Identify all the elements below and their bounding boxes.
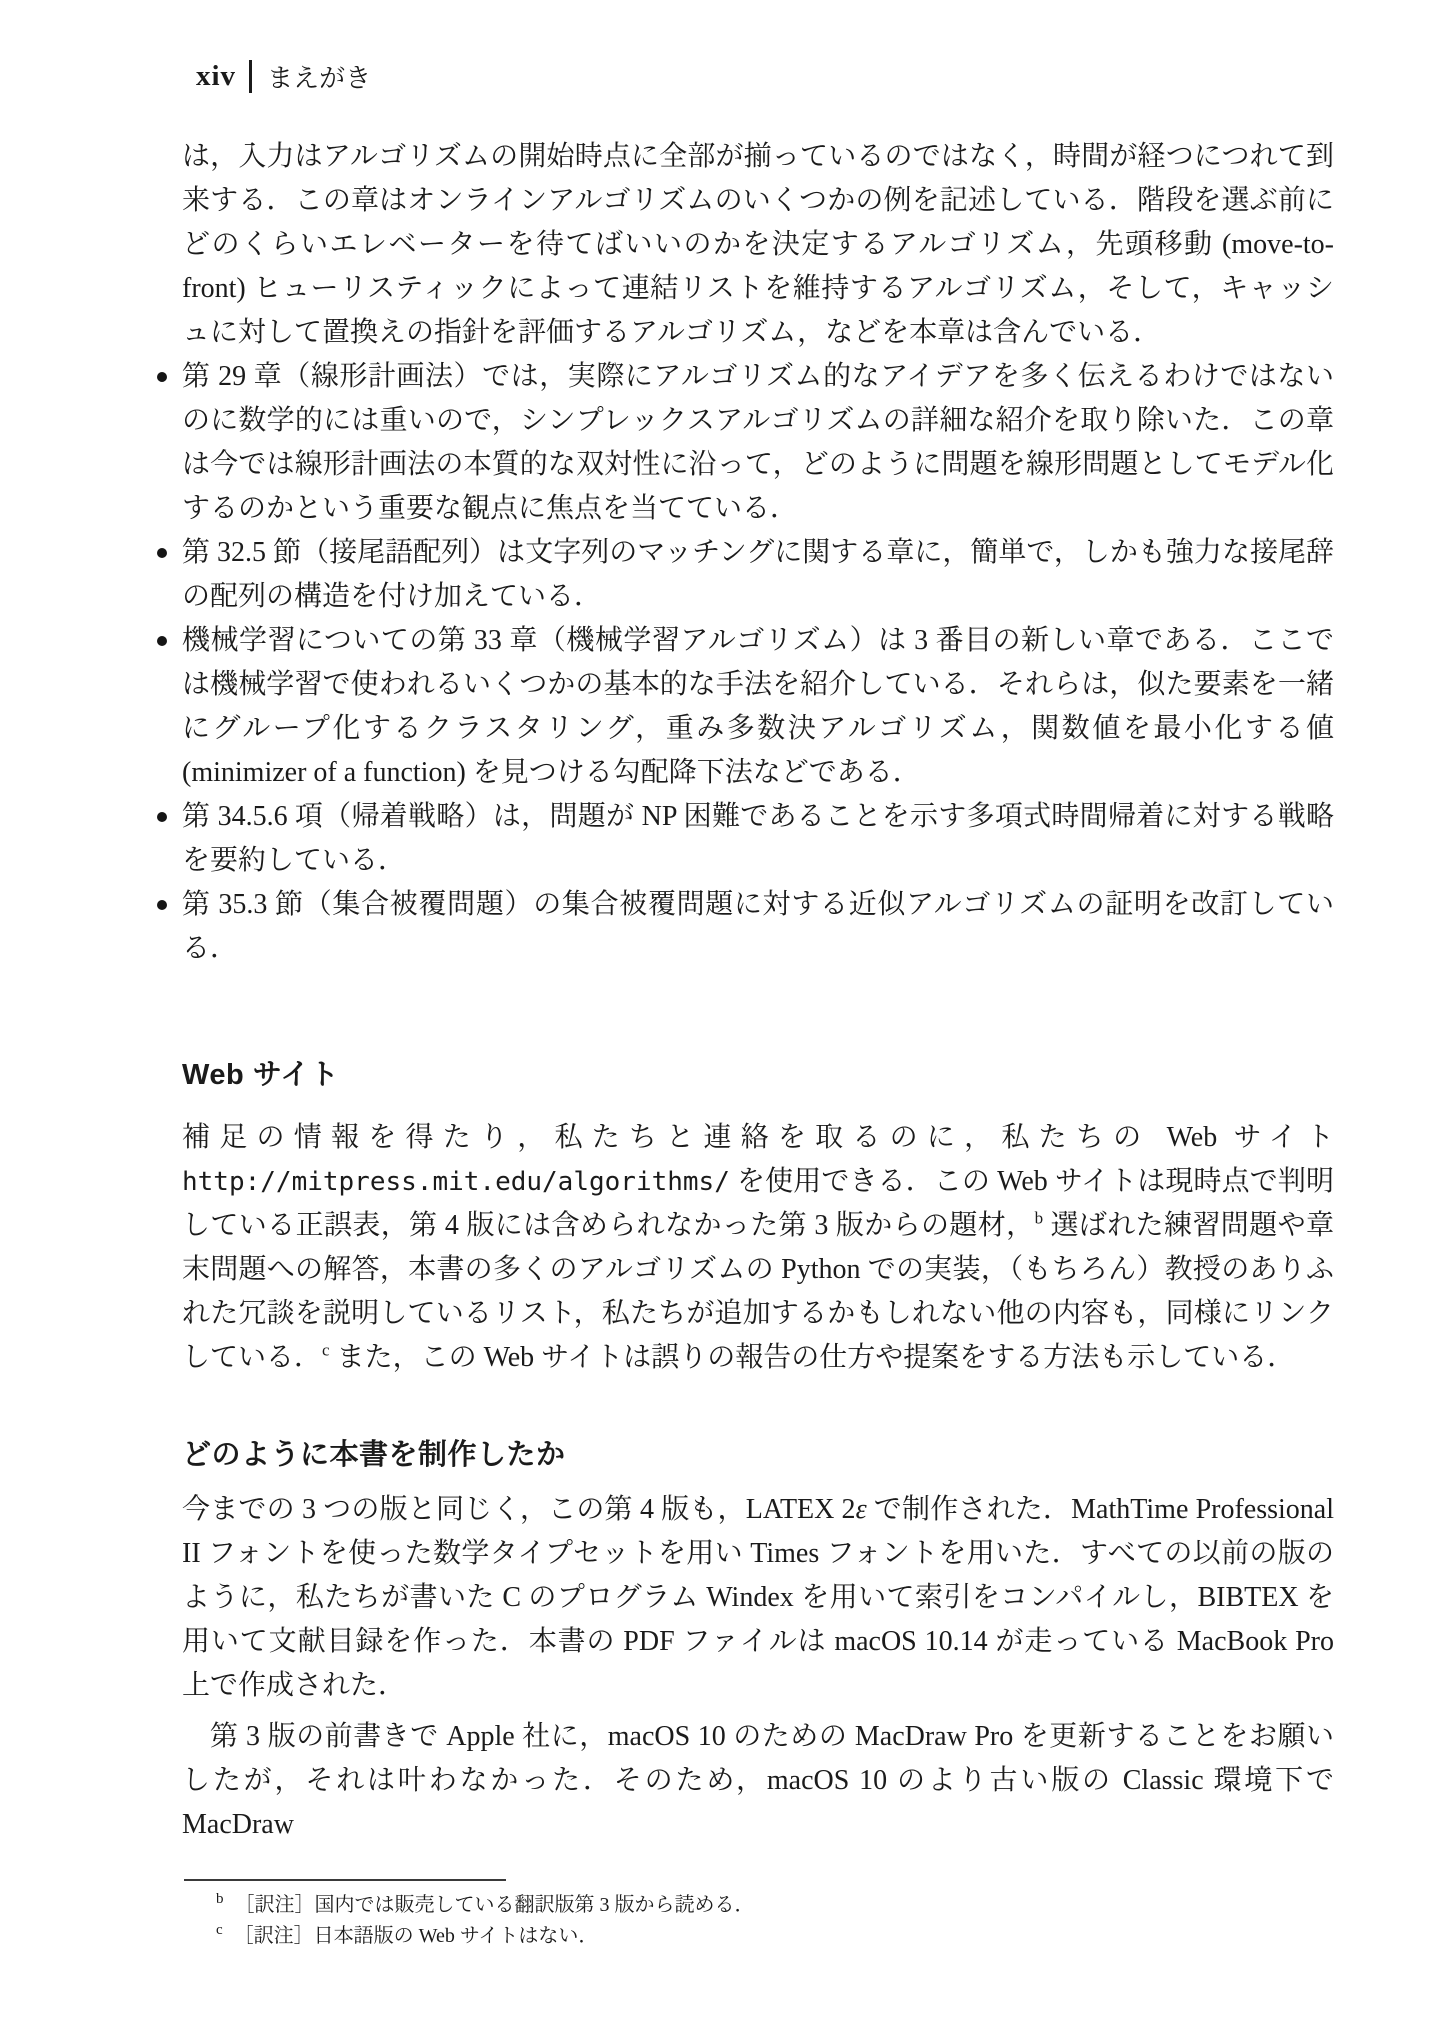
list-item: 第 35.3 節（集合被覆問題）の集合被覆問題に対する近似アルゴリズムの証明を改… (182, 883, 1334, 971)
text-segment: は，入力はアルゴリズムの開始時点に全部が揃っているのではなく，時間が経つにつれて… (182, 141, 1334, 348)
text-segment: 今までの 3 つの版と同じく，この第 4 版も，LATEX 2 (182, 1494, 856, 1525)
list-item: 第 29 章（線形計画法）では，実際にアルゴリズム的なアイデアを多く伝えるわけで… (182, 355, 1334, 531)
footnote: c［訳注］日本語版の Web サイトはない． (216, 1921, 1334, 1952)
footnote: b［訳注］国内では販売している翻訳版第 3 版から読める． (216, 1890, 1334, 1921)
list-item: 第 32.5 節（接尾語配列）は文字列のマッチングに関する章に，簡単で，しかも強… (182, 531, 1334, 619)
section-heading-production: どのように本書を制作したか (182, 1435, 1334, 1475)
text-segment: 第 3 版の前書きで Apple 社に，macOS 10 のための MacDra… (182, 1721, 1334, 1840)
footnotes: b［訳注］国内では販売している翻訳版第 3 版から読める． c［訳注］日本語版の… (182, 1890, 1334, 1952)
production-paragraph-1: 今までの 3 つの版と同じく，この第 4 版も，LATEX 2ε で制作された．… (182, 1488, 1334, 1708)
text-segment: また，この Web サイトは誤りの報告の仕方や提案をする方法も示している． (330, 1342, 1296, 1373)
footnote-mark: b (216, 1891, 224, 1907)
footnote-text: ［訳注］日本語版の Web サイトはない． (234, 1925, 599, 1947)
section-heading-website: Web サイト (182, 1055, 1334, 1095)
text-segment: ε (856, 1494, 867, 1525)
list-item: 第 34.5.6 項（帰着戦略）は，問題が NP 困難であることを示す多項式時間… (182, 795, 1334, 883)
production-paragraph-2: 第 3 版の前書きで Apple 社に，macOS 10 のための MacDra… (182, 1715, 1334, 1847)
text-segment: 補足の情報を得たり，私たちと連絡を取るのに，私たちの Web サイト (182, 1122, 1334, 1153)
footnote-reference: c (322, 1341, 330, 1360)
intro-paragraph: は，入力はアルゴリズムの開始時点に全部が揃っているのではなく，時間が経つにつれて… (182, 135, 1334, 355)
website-paragraph: 補足の情報を得たり，私たちと連絡を取るのに，私たちの Web サイト http:… (182, 1116, 1334, 1380)
changes-list: 第 29 章（線形計画法）では，実際にアルゴリズム的なアイデアを多く伝えるわけで… (182, 355, 1334, 971)
list-item: 機械学習についての第 33 章（機械学習アルゴリズム）は 3 番目の新しい章であ… (182, 619, 1334, 795)
footnote-divider (184, 1879, 506, 1881)
footnote-text: ［訳注］国内では販売している翻訳版第 3 版から読める． (235, 1894, 755, 1916)
page-content: は，入力はアルゴリズムの開始時点に全部が揃っているのではなく，時間が経つにつれて… (182, 0, 1334, 1952)
url-text: http://mitpress.mit.edu/algorithms/ (182, 1167, 730, 1197)
text-segment: で制作された．MathTime Professional II フォントを使った… (182, 1494, 1334, 1701)
footnote-reference: b (1035, 1209, 1044, 1228)
footnote-mark: c (216, 1922, 223, 1938)
book-page: xiv まえがき は，入力はアルゴリズムの開始時点に全部が揃っているのではなく，… (0, 0, 1433, 2024)
